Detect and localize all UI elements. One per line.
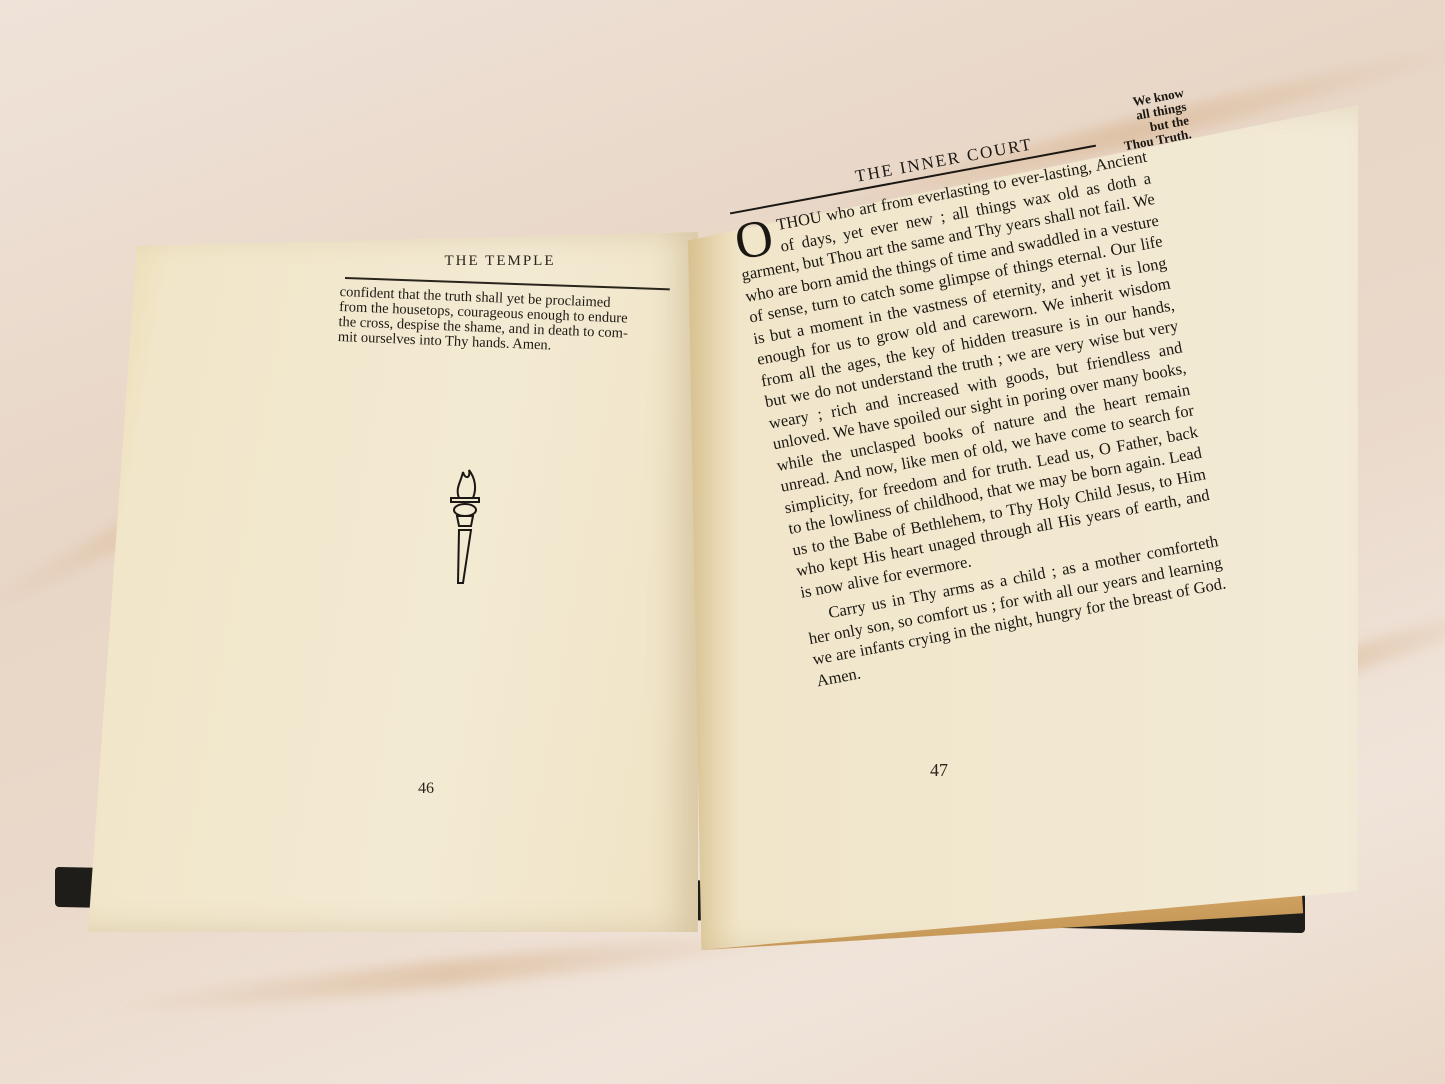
drop-cap: O — [732, 217, 776, 263]
torch-icon — [445, 468, 485, 588]
running-head-left: THE TEMPLE — [420, 253, 580, 270]
right-page-body: O THOU who art from everlasting to ever-… — [732, 146, 1232, 692]
page-number-right: 47 — [930, 760, 948, 781]
page-number-left: 46 — [418, 780, 434, 798]
paragraph-1: O THOU who art from everlasting to ever-… — [732, 146, 1215, 603]
marble-vein — [101, 923, 800, 1022]
right-page-content: THE INNER COURT We know all things but t… — [735, 162, 1158, 240]
